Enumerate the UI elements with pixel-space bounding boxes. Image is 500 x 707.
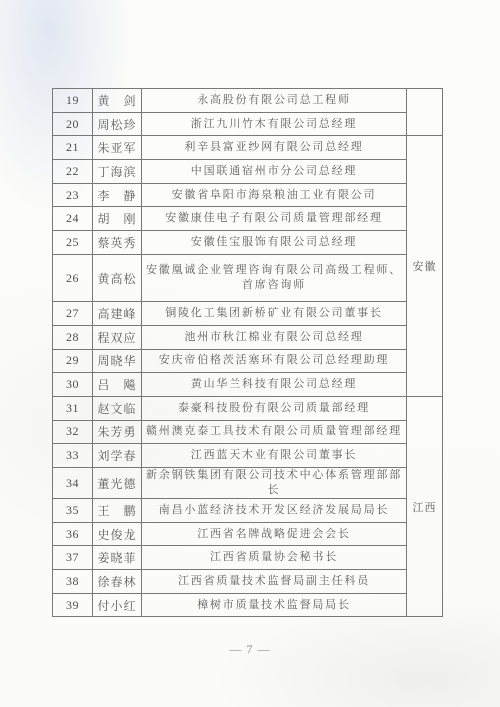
row-number-cell: 31 [53, 396, 93, 420]
table-row: 28程双应池州市秋江棉业有限公司总经理 [53, 325, 443, 349]
table-row: 19黄 剑永高股份有限公司总工程师 [53, 89, 443, 113]
person-name-cell: 朱芳勇 [93, 420, 142, 444]
row-number-cell: 33 [53, 444, 93, 468]
person-name-cell: 黄 剑 [93, 89, 142, 113]
table-row: 22丁海滨中国联通宿州市分公司总经理 [53, 160, 443, 184]
person-name-cell: 丁海滨 [93, 160, 142, 184]
row-number-cell: 30 [53, 373, 93, 397]
company-title-cell: 安徽佳宝服饰有限公司总经理 [142, 231, 407, 255]
table-row: 31赵文临泰豪科技股份有限公司质量部经理江西 [53, 396, 443, 420]
person-name-cell: 高建峰 [93, 302, 142, 326]
province-cell: 安徽 [407, 136, 443, 397]
company-title-cell: 赣州澳克泰工具技术有限公司质量管理部经理 [142, 420, 407, 444]
row-number-cell: 24 [53, 207, 93, 231]
company-title-cell: 浙江九川竹木有限公司总经理 [142, 112, 407, 136]
row-number-cell: 20 [53, 112, 93, 136]
person-name-cell: 王 鹏 [93, 499, 142, 523]
company-title-cell: 安徽凰诚企业管理咨询有限公司高级工程师、首席咨询师 [142, 254, 407, 301]
company-title-cell: 安徽省阜阳市海泉粮油工业有限公司 [142, 183, 407, 207]
company-title-cell: 利辛县富亚纱网有限公司总经理 [142, 136, 407, 160]
row-number-cell: 21 [53, 136, 93, 160]
company-title-cell: 永高股份有限公司总工程师 [142, 89, 407, 113]
company-title-cell: 铜陵化工集团新桥矿业有限公司董事长 [142, 302, 407, 326]
table-row: 20周松珍浙江九川竹木有限公司总经理 [53, 112, 443, 136]
row-number-cell: 22 [53, 160, 93, 184]
row-number-cell: 38 [53, 570, 93, 594]
person-name-cell: 徐春林 [93, 570, 142, 594]
table-row: 30吕 飚黄山华兰科技有限公司总经理 [53, 373, 443, 397]
table-row: 38徐春林江西省质量技术监督局副主任科员 [53, 570, 443, 594]
table-row: 35王 鹏南昌小蓝经济技术开发区经济发展局局长 [53, 499, 443, 523]
page-number: — 7 — [0, 642, 500, 657]
table-row: 32朱芳勇赣州澳克泰工具技术有限公司质量管理部经理 [53, 420, 443, 444]
table-row: 37姜晓菲江西省质量协会秘书长 [53, 546, 443, 570]
row-number-cell: 28 [53, 325, 93, 349]
table-row: 33刘学春江西蓝天木业有限公司董事长 [53, 444, 443, 468]
row-number-cell: 27 [53, 302, 93, 326]
award-roster-table: 19黄 剑永高股份有限公司总工程师20周松珍浙江九川竹木有限公司总经理21朱亚军… [52, 88, 443, 617]
table-row: 25蔡英秀安徽佳宝服饰有限公司总经理 [53, 231, 443, 255]
company-title-cell: 安庆帝伯格茨活塞环有限公司总经理助理 [142, 349, 407, 373]
table-row: 26黄高松安徽凰诚企业管理咨询有限公司高级工程师、首席咨询师 [53, 254, 443, 301]
person-name-cell: 史俊龙 [93, 522, 142, 546]
row-number-cell: 32 [53, 420, 93, 444]
row-number-cell: 34 [53, 468, 93, 499]
province-cell [407, 89, 443, 136]
row-number-cell: 39 [53, 593, 93, 617]
person-name-cell: 胡 刚 [93, 207, 142, 231]
company-title-cell: 樟树市质量技术监督局局长 [142, 593, 407, 617]
person-name-cell: 吕 飚 [93, 373, 142, 397]
table-row: 36史俊龙江西省名牌战略促进会会长 [53, 522, 443, 546]
table-row: 24胡 刚安徽康佳电子有限公司质量管理部经理 [53, 207, 443, 231]
company-title-cell: 江西省质量协会秘书长 [142, 546, 407, 570]
table-row: 21朱亚军利辛县富亚纱网有限公司总经理安徽 [53, 136, 443, 160]
company-title-cell: 江西省质量技术监督局副主任科员 [142, 570, 407, 594]
person-name-cell: 姜晓菲 [93, 546, 142, 570]
person-name-cell: 黄高松 [93, 254, 142, 301]
person-name-cell: 朱亚军 [93, 136, 142, 160]
company-title-cell: 南昌小蓝经济技术开发区经济发展局局长 [142, 499, 407, 523]
person-name-cell: 程双应 [93, 325, 142, 349]
person-name-cell: 刘学春 [93, 444, 142, 468]
row-number-cell: 35 [53, 499, 93, 523]
row-number-cell: 26 [53, 254, 93, 301]
row-number-cell: 37 [53, 546, 93, 570]
company-title-cell: 江西蓝天木业有限公司董事长 [142, 444, 407, 468]
table-row: 34董光德新余钢铁集团有限公司技术中心体系管理部部长 [53, 468, 443, 499]
person-name-cell: 付小红 [93, 593, 142, 617]
row-number-cell: 25 [53, 231, 93, 255]
row-number-cell: 19 [53, 89, 93, 113]
person-name-cell: 赵文临 [93, 396, 142, 420]
company-title-cell: 黄山华兰科技有限公司总经理 [142, 373, 407, 397]
person-name-cell: 周晓华 [93, 349, 142, 373]
table-row: 27高建峰铜陵化工集团新桥矿业有限公司董事长 [53, 302, 443, 326]
person-name-cell: 李 静 [93, 183, 142, 207]
person-name-cell: 周松珍 [93, 112, 142, 136]
company-title-cell: 新余钢铁集团有限公司技术中心体系管理部部长 [142, 468, 407, 499]
person-name-cell: 蔡英秀 [93, 231, 142, 255]
row-number-cell: 36 [53, 522, 93, 546]
scanned-document-page: 19黄 剑永高股份有限公司总工程师20周松珍浙江九川竹木有限公司总经理21朱亚军… [0, 0, 500, 707]
company-title-cell: 中国联通宿州市分公司总经理 [142, 160, 407, 184]
row-number-cell: 29 [53, 349, 93, 373]
row-number-cell: 23 [53, 183, 93, 207]
company-title-cell: 泰豪科技股份有限公司质量部经理 [142, 396, 407, 420]
table-row: 39付小红樟树市质量技术监督局局长 [53, 593, 443, 617]
table-row: 29周晓华安庆帝伯格茨活塞环有限公司总经理助理 [53, 349, 443, 373]
province-cell: 江西 [407, 396, 443, 617]
company-title-cell: 池州市秋江棉业有限公司总经理 [142, 325, 407, 349]
table-row: 23李 静安徽省阜阳市海泉粮油工业有限公司 [53, 183, 443, 207]
company-title-cell: 安徽康佳电子有限公司质量管理部经理 [142, 207, 407, 231]
company-title-cell: 江西省名牌战略促进会会长 [142, 522, 407, 546]
person-name-cell: 董光德 [93, 468, 142, 499]
